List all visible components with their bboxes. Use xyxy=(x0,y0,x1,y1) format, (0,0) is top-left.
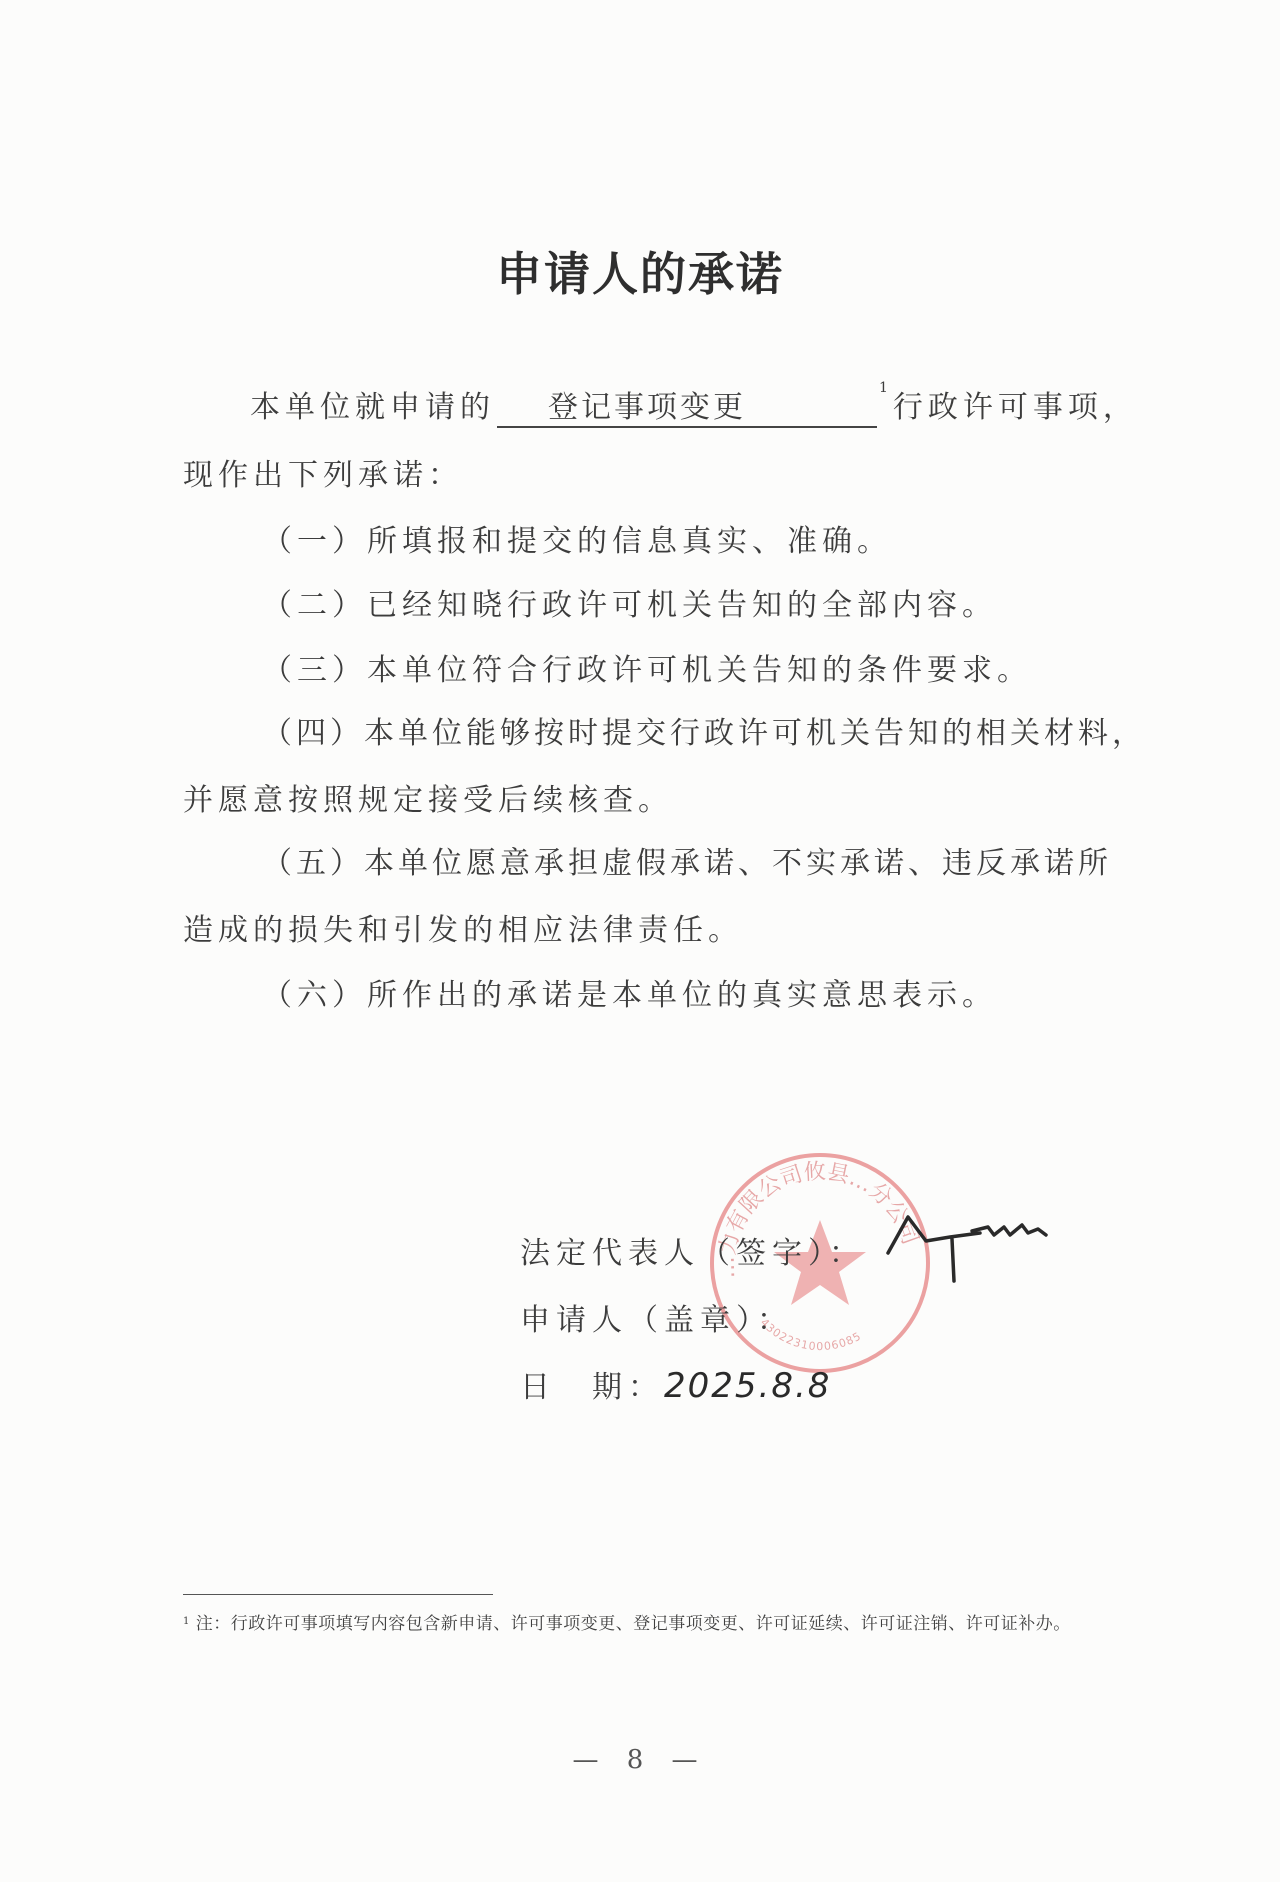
handwritten-signature-icon xyxy=(880,1205,1060,1285)
footnote: 1 注：行政许可事项填写内容包含新申请、许可事项变更、登记事项变更、许可证延续、… xyxy=(183,1608,1103,1640)
commitment-4: （四）本单位能够按时提交行政许可机关告知的相关材料， xyxy=(262,708,1146,752)
commitment-text: 所填报和提交的信息真实、准确。 xyxy=(367,524,892,559)
footnote-text: 注：行政许可事项填写内容包含新申请、许可事项变更、登记事项变更、许可证延续、许可… xyxy=(196,1614,1071,1634)
page-title: 申请人的承诺 xyxy=(0,238,1280,304)
intro-line: 本单位就申请的登记事项变更1行政许可事项， xyxy=(250,382,1138,428)
commitment-text: 本单位能够按时提交行政许可机关告知的相关材料， xyxy=(364,716,1146,751)
applicant-label: 申请人（盖章）： xyxy=(520,1303,793,1338)
legal-representative-line: 法定代表人（签字）： xyxy=(520,1228,865,1272)
applicant-line: 申请人（盖章）： xyxy=(520,1295,793,1339)
commitment-label: （二） xyxy=(262,588,367,623)
commitment-4-continuation: 并愿意按照规定接受后续核查。 xyxy=(183,775,673,819)
footnote-marker: 1 xyxy=(879,380,893,396)
commitment-5: （五）本单位愿意承担虚假承诺、不实承诺、违反承诺所 xyxy=(262,838,1112,882)
commitment-5-continuation: 造成的损失和引发的相应法律责任。 xyxy=(183,905,743,949)
date-value: 2025.8.8 xyxy=(664,1366,831,1406)
commitment-1: （一）所填报和提交的信息真实、准确。 xyxy=(262,516,892,560)
commitment-label: （三） xyxy=(262,653,367,688)
commitment-text: 本单位符合行政许可机关告知的条件要求。 xyxy=(367,653,1032,688)
intro-prefix: 本单位就申请的 xyxy=(250,390,495,425)
intro-suffix: 行政许可事项， xyxy=(893,390,1138,425)
commitment-label: （五） xyxy=(262,846,364,881)
commitment-2: （二）已经知晓行政许可机关告知的全部内容。 xyxy=(262,580,997,624)
commitment-label: （六） xyxy=(262,978,367,1013)
footnote-marker: 1 xyxy=(183,1616,190,1627)
commitment-3: （三）本单位符合行政许可机关告知的条件要求。 xyxy=(262,645,1032,689)
commitment-text: 所作出的承诺是本单位的真实意思表示。 xyxy=(367,978,997,1013)
commitment-text: 已经知晓行政许可机关告知的全部内容。 xyxy=(367,588,997,623)
filled-item-field: 登记事项变更 xyxy=(497,382,877,428)
commitment-label: （一） xyxy=(262,524,367,559)
intro-continuation: 现作出下列承诺： xyxy=(183,450,463,494)
date-label: 日 期： xyxy=(520,1370,664,1405)
commitment-text: 本单位愿意承担虚假承诺、不实承诺、违反承诺所 xyxy=(364,846,1112,881)
commitment-label: （四） xyxy=(262,716,364,751)
legal-rep-label: 法定代表人（签字）： xyxy=(520,1236,865,1271)
footnote-divider xyxy=(183,1594,493,1595)
commitment-6: （六）所作出的承诺是本单位的真实意思表示。 xyxy=(262,970,997,1014)
page-number: — 8 — xyxy=(0,1745,1280,1775)
date-line: 日 期：2025.8.8 xyxy=(520,1362,831,1406)
document-page: 申请人的承诺 本单位就申请的登记事项变更1行政许可事项， 现作出下列承诺： （一… xyxy=(0,0,1280,1882)
